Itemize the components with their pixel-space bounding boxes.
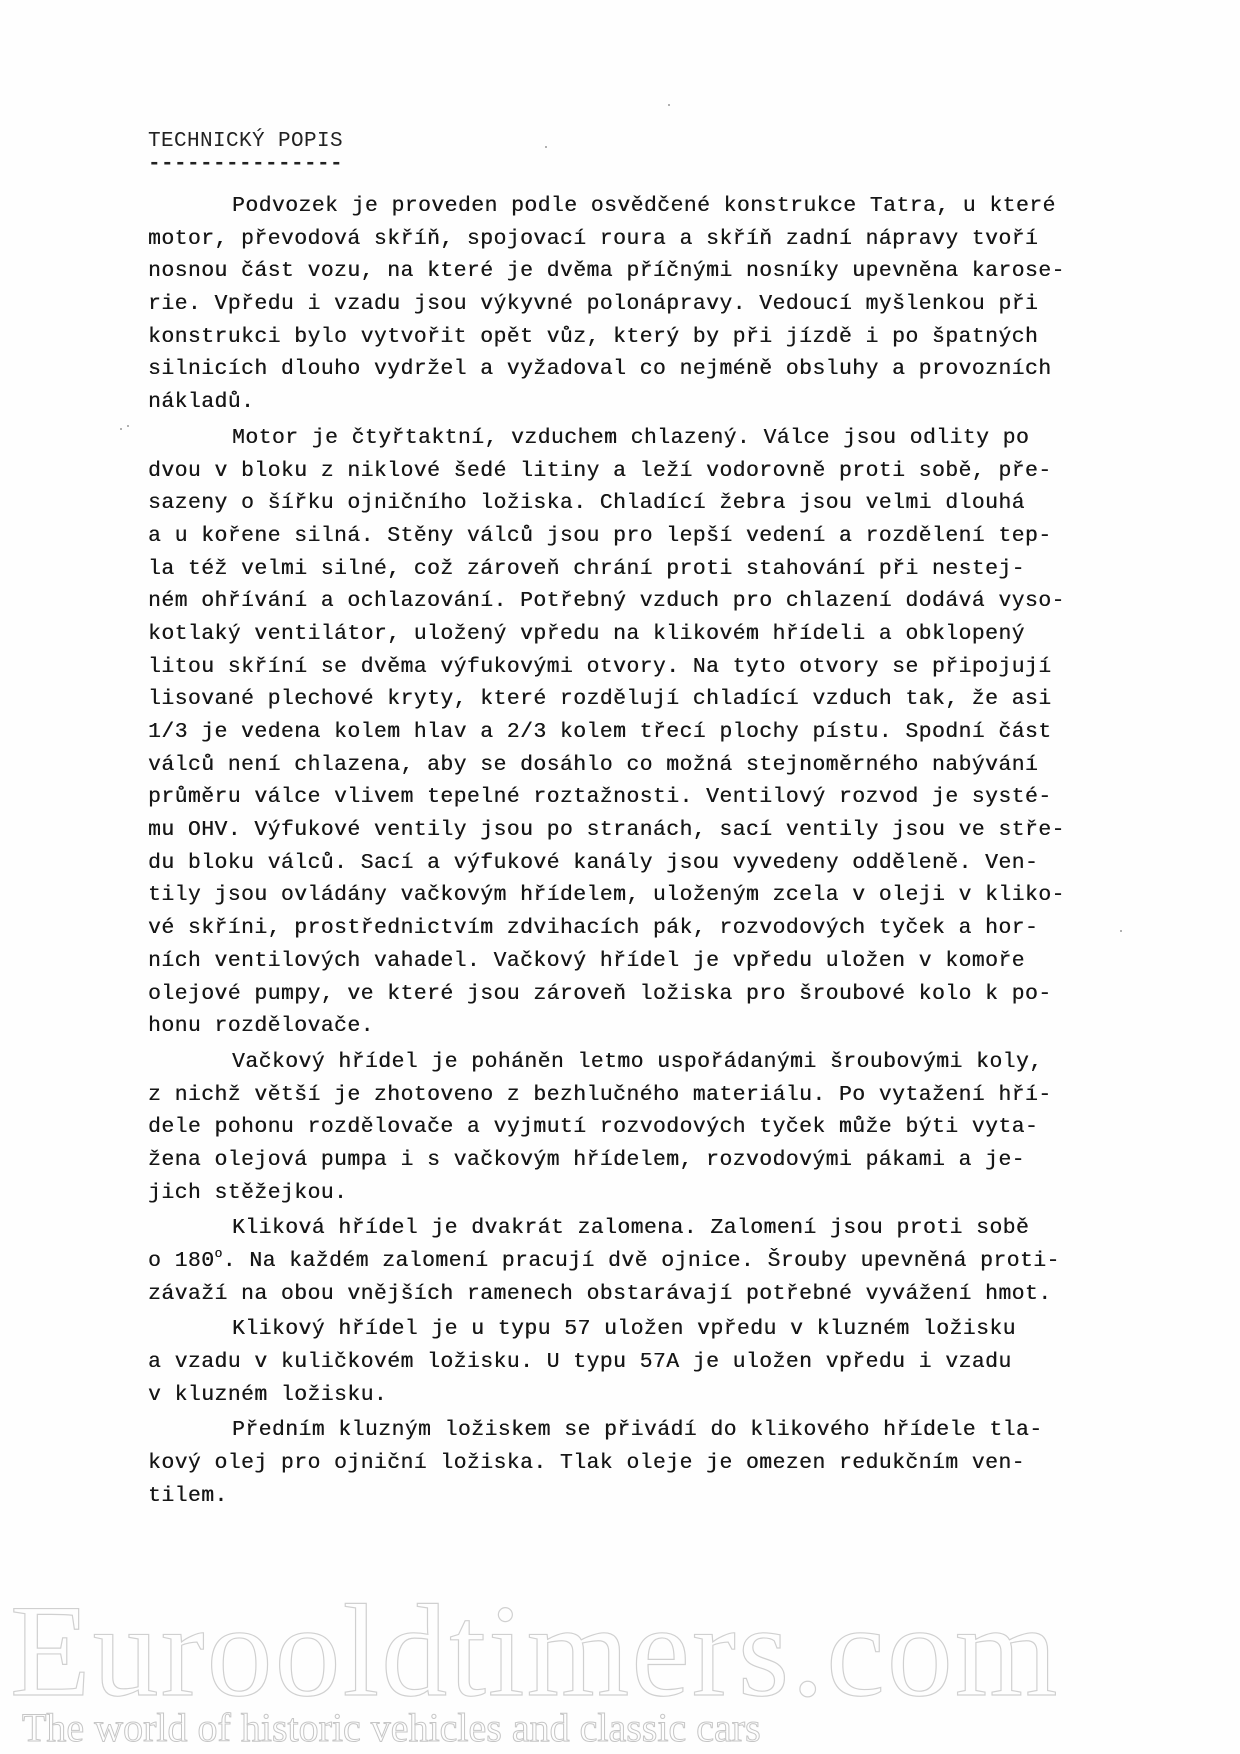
scan-speck [930,440,932,442]
paragraph-lubrication: Předním kluzným ložiskem se přivádí do k… [148,1414,1148,1512]
text-line: Motor je čtyřtaktní, vzduchem chlazený. … [148,422,1148,455]
text-line: du bloku válců. Sací a výfukové kanály j… [148,847,1148,880]
text-line-degree: o 180o. Na každém zalomení pracují dvě o… [148,1245,1148,1278]
scan-speck [1120,930,1122,932]
watermark-tagline: The world of historic vehicles and class… [22,1708,761,1748]
text-line: Podvozek je proveden podle osvědčené kon… [148,190,1148,223]
text-line: dele pohonu rozdělovače a vyjmutí rozvod… [148,1111,1148,1144]
text-line: rie. Vpředu i vzadu jsou výkyvné polonáp… [148,288,1148,321]
text-line: žena olejová pumpa i s vačkovým hřídelem… [148,1144,1148,1177]
scan-speck [668,104,670,106]
text-line: závaží na obou vnějších ramenech obstará… [148,1278,1148,1311]
text-line: z nichž větší je zhotoveno z bezhlučného… [148,1079,1148,1112]
text-line: tily jsou ovládány vačkovým hřídelem, ul… [148,879,1148,912]
text-line: jich stěžejkou. [148,1177,1148,1210]
text-line: ném ohřívání a ochlazování. Potřebný vzd… [148,585,1148,618]
text-line: 1/3 je vedena kolem hlav a 2/3 kolem tře… [148,716,1148,749]
paragraph-engine: Motor je čtyřtaktní, vzduchem chlazený. … [148,422,1148,1043]
text-line: la též velmi silné, což zároveň chrání p… [148,553,1148,586]
degree-symbol: o [214,1246,222,1261]
text-line: sazeny o šířku ojničního ložiska. Chladí… [148,487,1148,520]
text-line: litou skříní se dvěma výfukovými otvory.… [148,651,1148,684]
text-line: silnicích dlouho vydržel a vyžadoval co … [148,353,1148,386]
scan-speck [120,428,122,430]
text-line: Klikový hřídel je u typu 57 uložen vpřed… [148,1313,1148,1346]
text-line-continuation: . Na každém zalomení pracují dvě ojnice.… [223,1249,1060,1273]
scan-speck [127,425,129,427]
text-line: nákladů. [148,386,1148,419]
paragraph-chassis: Podvozek je proveden podle osvědčené kon… [148,190,1148,419]
text-line: v kluzném ložisku. [148,1379,1148,1412]
scan-speck [545,146,547,148]
text-line: Vačkový hřídel je poháněn letmo uspořáda… [148,1046,1148,1079]
text-line: mu OHV. Výfukové ventily jsou po stranác… [148,814,1148,847]
text-line: průměru válce vlivem tepelné roztažnosti… [148,781,1148,814]
text-line: ních ventilových vahadel. Vačkový hřídel… [148,945,1148,978]
text-line: honu rozdělovače. [148,1010,1148,1043]
text-line: válců není chlazena, aby se dosáhlo co m… [148,749,1148,782]
angle-value: o 180 [148,1249,214,1273]
text-line: a u kořene silná. Stěny válců jsou pro l… [148,520,1148,553]
text-line: kotlaký ventilátor, uložený vpředu na kl… [148,618,1148,651]
text-line: motor, převodová skříň, spojovací roura … [148,223,1148,256]
paragraph-camshaft: Vačkový hřídel je poháněn letmo uspořáda… [148,1046,1148,1209]
text-line: dvou v bloku z niklové šedé litiny a lež… [148,455,1148,488]
text-line: tilem. [148,1480,1148,1513]
text-line: a vzadu v kuličkovém ložisku. U typu 57A… [148,1346,1148,1379]
paragraph-crankshaft-bearings: Klikový hřídel je u typu 57 uložen vpřed… [148,1313,1148,1411]
scanned-document-page: TECHNICKÝ POPIS --------------- Podvozek… [0,0,1240,1754]
text-line: vé skříni, prostřednictvím zdvihacích pá… [148,912,1148,945]
watermark-brand: Eurooldtimers.com [10,1585,1059,1717]
text-line: konstrukci bylo vytvořit opět vůz, který… [148,321,1148,354]
title-underline: --------------- [148,153,343,176]
text-line: Předním kluzným ložiskem se přivádí do k… [148,1414,1148,1447]
text-line: lisované plechové kryty, které rozdělují… [148,683,1148,716]
document-body: Podvozek je proveden podle osvědčené kon… [148,190,1148,1513]
text-line: olejové pumpy, ve které jsou zároveň lož… [148,978,1148,1011]
text-line: kový olej pro ojniční ložiska. Tlak olej… [148,1447,1148,1480]
text-line: Kliková hřídel je dvakrát zalomena. Zalo… [148,1212,1148,1245]
document-title: TECHNICKÝ POPIS [148,130,343,153]
text-line: nosnou část vozu, na které je dvěma příč… [148,255,1148,288]
paragraph-crankshaft: Kliková hřídel je dvakrát zalomena. Zalo… [148,1212,1148,1310]
